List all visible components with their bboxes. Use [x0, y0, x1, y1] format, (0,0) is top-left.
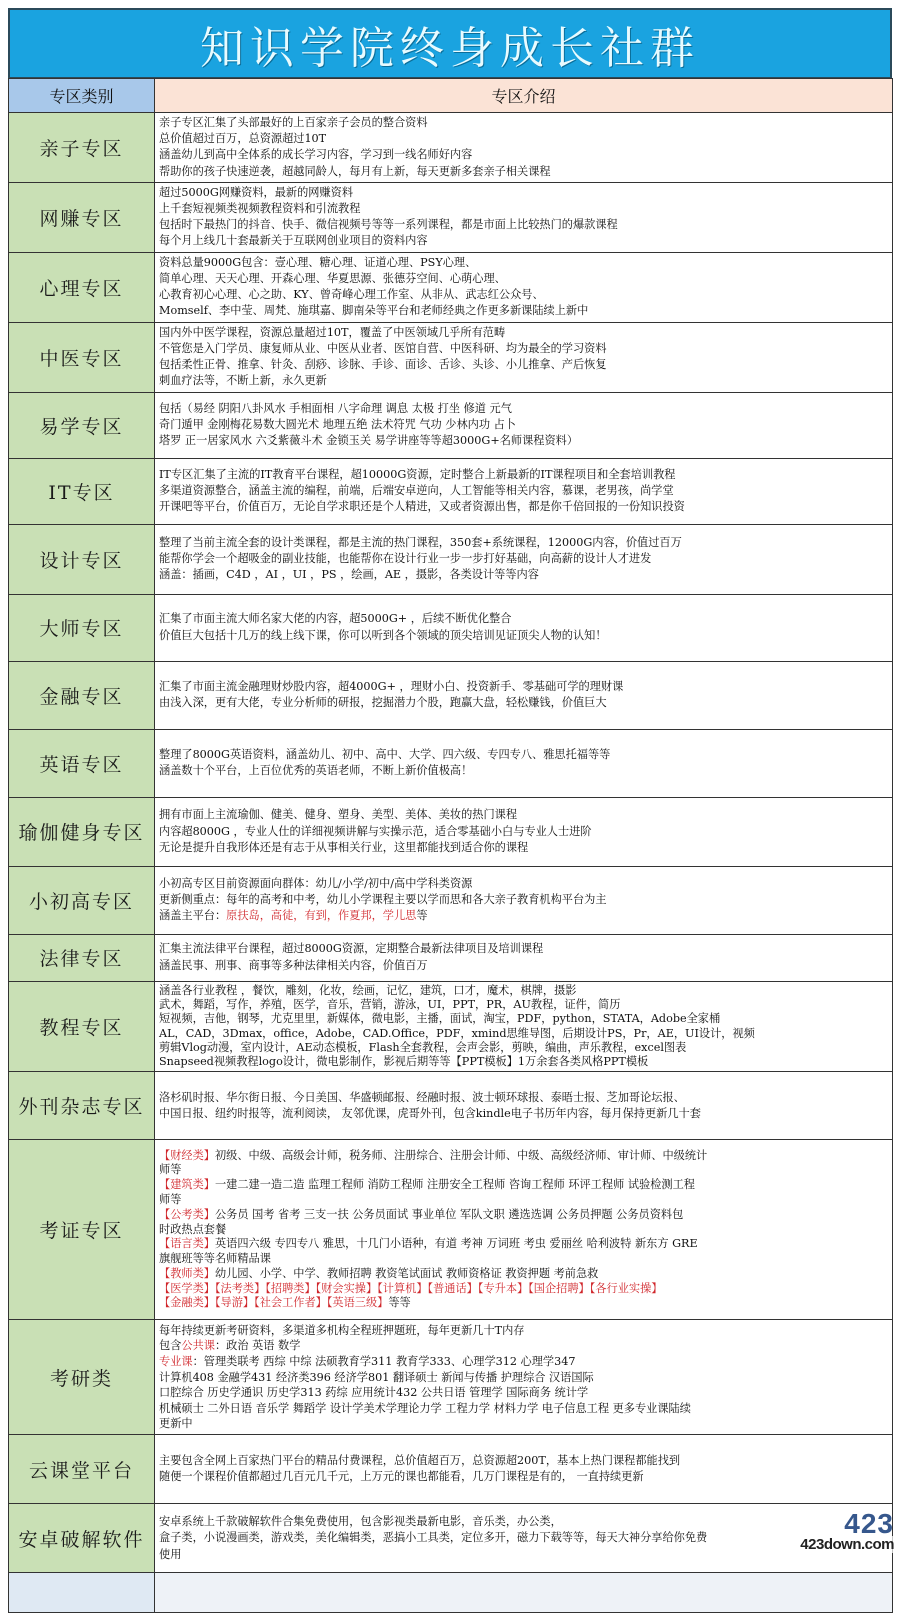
- intro-cell: 汇集主流法律平台课程，超过8000G资源，定期整合最新法律项目及培训课程 涵盖民…: [155, 934, 893, 981]
- table-header-row: 专区类别 专区介绍: [9, 79, 893, 113]
- table-row: 法律专区 汇集主流法律平台课程，超过8000G资源，定期整合最新法律项目及培训课…: [9, 934, 893, 981]
- intro-line: AL，CAD，3Dmax，office，Adobe，CAD.Office，PDF…: [159, 1027, 888, 1041]
- category-cell: 考证专区: [9, 1140, 155, 1320]
- intro-cell: 安卓系统上千款破解软件合集免费使用，包含影视类最新电影，音乐类，办公类， 盒子类…: [155, 1504, 893, 1573]
- intro-line: 上千套短视频类视频教程资料和引流教程: [159, 201, 888, 217]
- watermark-site: 423down.com: [800, 1536, 894, 1553]
- table-row: 外刊杂志专区 洛杉矶时报、华尔街日报、今日美国、华盛顿邮报、经融时报、波士顿环球…: [9, 1072, 893, 1140]
- intro-line: 能帮你学会一个超吸金的副业技能，也能帮你在设计行业一步一步打好基础，向高薪的设计…: [159, 551, 888, 567]
- cert-tag: 【医学类】: [159, 1282, 215, 1295]
- table-row: 考证专区 【财经类】初级、中级、高级会计师，税务师、注册综合、注册会计师、中级、…: [9, 1140, 893, 1320]
- intro-line: 小初高专区目前资源面向群体：幼儿/小学/初中/高中学科类资源: [159, 876, 888, 892]
- intro-line: 塔罗 正一居家风水 六爻紫薇斗术 金锁玉关 易学讲座等等超3000G+名师课程资…: [159, 433, 888, 449]
- intro-cell: 亲子专区汇集了头部最好的上百家亲子会员的整合资料 总价值超过百万，总资源超过10…: [155, 113, 893, 183]
- intro-line: 随便一个课程价值都超过几百元几千元，上万元的课也都能看，几万门课程是有的， 一直…: [159, 1469, 888, 1485]
- category-cell: 中医专区: [9, 322, 155, 392]
- table-row: 小初高专区 小初高专区目前资源面向群体：幼儿/小学/初中/高中学科类资源 更新侧…: [9, 866, 893, 934]
- site-watermark: 423 423down.com: [810, 1508, 894, 1558]
- intro-line: 包括时下最热门的抖音、快手、微信视频号等等一系列课程，都是市面上比较热门的爆款课…: [159, 217, 888, 233]
- intro-line: 汇集了市面主流金融理财炒股内容，超4000G+ ，理财小白、投资新手、零基础可学…: [159, 679, 888, 695]
- zone-table: 专区类别 专区介绍 亲子专区 亲子专区汇集了头部最好的上百家亲子会员的整合资料 …: [8, 78, 893, 1613]
- intro-line: 简单心理、天天心理、开森心理、华夏思源、张德芬空间、心萌心理、: [159, 271, 888, 287]
- table-row: 瑜伽健身专区 拥有市面上主流瑜伽、健美、健身、塑身、美型、美体、美妆的热门课程 …: [9, 797, 893, 866]
- category-cell: 网赚专区: [9, 182, 155, 252]
- table-row: 网赚专区 超过5000G网赚资料，最新的网赚资料 上千套短视频类视频教程资料和引…: [9, 182, 893, 252]
- intro-cell: 汇集了市面主流大师名家大佬的内容，超5000G+ ，后续不断优化整合 价值巨大包…: [155, 594, 893, 661]
- intro-cell: 每年持续更新考研资料，多渠道多机构全程班押题班，每年更新几十T内存 包含公共课：…: [155, 1320, 893, 1435]
- intro-line: Momself、李中莹、周梵、施琪嘉、脚南朵等平台和老师经典之作更多新课陆续上新…: [159, 303, 888, 319]
- public-course-line: 包含公共课：政治 英语 数学: [159, 1338, 888, 1354]
- table-row: 教程专区 涵盖各行业教程 ，餐饮，雕刻，化妆，绘画，记忆，建筑，口才，魔术，棋牌…: [9, 981, 893, 1072]
- table-row: 安卓破解软件 安卓系统上千款破解软件合集免费使用，包含影视类最新电影，音乐类，办…: [9, 1504, 893, 1573]
- title-banner: 知识学院终身成长社群: [8, 8, 892, 78]
- intro-line: IT专区汇集了主流的IT教育平台课程，超10000G资源，定时整合上新最新的IT…: [159, 467, 888, 483]
- cert-line: 【建筑类】一建二建一造二造 监理工程师 消防工程师 注册安全工程师 咨询工程师 …: [159, 1178, 888, 1193]
- cert-tag: 【招聘类】: [265, 1282, 315, 1295]
- page-title: 知识学院终身成长社群: [200, 12, 700, 76]
- category-cell: 心理专区: [9, 252, 155, 322]
- intro-line: 涵盖各行业教程 ，餐饮，雕刻，化妆，绘画，记忆，建筑，口才，魔术，棋牌，摄影: [159, 984, 888, 998]
- category-cell: IT专区: [9, 458, 155, 524]
- intro-line: 开课吧等平台，价值百万，无论自学求职还是个人精进，又或者资源出售，都是你千倍回报…: [159, 499, 888, 515]
- intro-cell: 超过5000G网赚资料，最新的网赚资料 上千套短视频类视频教程资料和引流教程 包…: [155, 182, 893, 252]
- intro-line: 整理了当前主流全套的设计类课程，都是主流的热门课程，350套+系统课程，1200…: [159, 535, 888, 551]
- table-row: 心理专区 资料总量9000G包含：壹心理、糖心理、证道心理、PSY心理、 简单心…: [9, 252, 893, 322]
- intro-cell: 资料总量9000G包含：壹心理、糖心理、证道心理、PSY心理、 简单心理、天天心…: [155, 252, 893, 322]
- category-cell: 金融专区: [9, 661, 155, 729]
- cert-tag: 【法考类】: [215, 1282, 265, 1295]
- intro-line: 涵盖：插画，C4D ，AI ，UI ，PS ，绘画，AE ，摄影，各类设计等等内…: [159, 567, 888, 583]
- major-course-line: 专业课：管理类联考 西综 中综 法硕教育学311 教育学333、心理学312 心…: [159, 1354, 888, 1370]
- cert-line: 【财经类】初级、中级、高级会计师，税务师、注册综合、注册会计师、中级、高级经济师…: [159, 1149, 888, 1164]
- intro-line: 无论是提升自我形体还是有志于从事相关行业，这里都能找到适合你的课程: [159, 840, 888, 856]
- cert-tag: 【普通话】: [428, 1282, 478, 1295]
- intro-cell: IT专区汇集了主流的IT教育平台课程，超10000G资源，定时整合上新最新的IT…: [155, 458, 893, 524]
- intro-line: 更新中: [159, 1416, 888, 1432]
- intro-line: 口腔综合 历史学通识 历史学313 药综 应用统计432 公共日语 管理学 国际…: [159, 1385, 888, 1401]
- cert-text: 英语四六级 专四专八 雅思，十几门小语种，有道 考神 万词班 考虫 爱丽丝 哈利…: [215, 1237, 698, 1250]
- intro-line: 刺血疗法等，不断上新，永久更新: [159, 373, 888, 389]
- intro-line: 机械硕士 二外日语 音乐学 舞蹈学 设计学美术学理论力学 工程力学 材料力学 电…: [159, 1401, 888, 1417]
- table-row: 金融专区 汇集了市面主流金融理财炒股内容，超4000G+ ，理财小白、投资新手、…: [9, 661, 893, 729]
- category-cell: 法律专区: [9, 934, 155, 981]
- resource-sheet: 知识学院终身成长社群 专区类别 专区介绍 亲子专区 亲子专区汇集了头部最好的上百…: [8, 8, 892, 1613]
- intro-line: 国内外中医学课程，资源总量超过10T，覆盖了中医领域几乎所有范畴: [159, 325, 888, 341]
- public-course-label: 公共课: [181, 1339, 215, 1352]
- platform-suffix: 等: [416, 909, 427, 922]
- table-row: 英语专区 整理了8000G英语资料，涵盖幼儿、初中、高中、大学、四六级、专四专八…: [9, 729, 893, 797]
- intro-line: 使用: [159, 1547, 888, 1563]
- cert-wrap-line: 师等: [159, 1163, 888, 1178]
- category-cell: 瑜伽健身专区: [9, 797, 155, 866]
- cert-tag: 【英语三级】: [327, 1296, 389, 1309]
- intro-cell: 汇集了市面主流金融理财炒股内容，超4000G+ ，理财小白、投资新手、零基础可学…: [155, 661, 893, 729]
- cert-tag: 【各行业实操】: [590, 1282, 663, 1295]
- intro-line: 涵盖数十个平台，上百位优秀的英语老师，不断上新价值极高！: [159, 763, 888, 779]
- intro-cell: 【财经类】初级、中级、高级会计师，税务师、注册综合、注册会计师、中级、高级经济师…: [155, 1140, 893, 1320]
- intro-line: 涵盖幼儿到高中全体系的成长学习内容，学习到一线名师好内容: [159, 147, 888, 163]
- table-row: 大师专区 汇集了市面主流大师名家大佬的内容，超5000G+ ，后续不断优化整合 …: [9, 594, 893, 661]
- cert-text: 初级、中级、高级会计师，税务师、注册综合、注册会计师、中级、高级经济师、审计师、…: [215, 1149, 707, 1162]
- cert-text: 幼儿园、小学、中学、教师招聘 教资笔试面试 教师资格证 教资押题 考前急救: [215, 1267, 598, 1280]
- category-cell: 考研类: [9, 1320, 155, 1435]
- intro-cell: 拥有市面上主流瑜伽、健美、健身、塑身、美型、美体、美妆的热门课程 内容超8000…: [155, 797, 893, 866]
- category-cell: 设计专区: [9, 524, 155, 594]
- intro-line: 盒子类，小说漫画类，游戏类，美化编辑类，恶搞小工具类，定位多开，磁力下载等等，每…: [159, 1530, 888, 1546]
- cert-tag: 【专升本】: [478, 1282, 528, 1295]
- category-cell: 外刊杂志专区: [9, 1072, 155, 1140]
- intro-cell-empty: [155, 1573, 893, 1613]
- cert-tag: 【财经类】: [159, 1149, 215, 1162]
- cert-tag: 【财会实操】: [316, 1282, 378, 1295]
- intro-cell: 整理了当前主流全套的设计类课程，都是主流的热门课程，350套+系统课程，1200…: [155, 524, 893, 594]
- intro-line: 多渠道资源整合，涵盖主流的编程，前端，后端安卓逆向，人工智能等相关内容，慕课，老…: [159, 483, 888, 499]
- intro-line: 每个月上线几十套最新关于互联网创业项目的资料内容: [159, 233, 888, 249]
- intro-line: 不管您是入门学员、康复师从业、中医从业者、医馆自营、中医科研、均为最全的学习资料: [159, 341, 888, 357]
- cert-line: 【语言类】英语四六级 专四专八 雅思，十几门小语种，有道 考神 万词班 考虫 爱…: [159, 1237, 888, 1252]
- cert-text: 一建二建一造二造 监理工程师 消防工程师 注册安全工程师 咨询工程师 环评工程师…: [215, 1178, 695, 1191]
- table-row: 考研类 每年持续更新考研资料，多渠道多机构全程班押题班，每年更新几十T内存 包含…: [9, 1320, 893, 1435]
- cert-wrap-line: 时政热点套餐: [159, 1223, 888, 1238]
- category-cell: 教程专区: [9, 981, 155, 1072]
- intro-line: 汇集了市面主流大师名家大佬的内容，超5000G+ ，后续不断优化整合: [159, 611, 888, 627]
- intro-cell: 国内外中医学课程，资源总量超过10T，覆盖了中医领域几乎所有范畴 不管您是入门学…: [155, 322, 893, 392]
- cert-suffix: 等等: [388, 1296, 410, 1309]
- intro-line: 计算机408 金融学431 经济类396 经济学801 翻译硕士 新闻与传播 护…: [159, 1370, 888, 1386]
- intro-line: 内容超8000G ，专业人仕的详细视频讲解与实操示范，适合零基础小白与专业人士进…: [159, 824, 888, 840]
- category-cell: 大师专区: [9, 594, 155, 661]
- table-row: 易学专区 包括（易经 阴阳八卦风水 手相面相 八字命理 调息 太极 打坐 修道 …: [9, 392, 893, 458]
- table-row: 设计专区 整理了当前主流全套的设计类课程，都是主流的热门课程，350套+系统课程…: [9, 524, 893, 594]
- table-row: IT专区 IT专区汇集了主流的IT教育平台课程，超10000G资源，定时整合上新…: [9, 458, 893, 524]
- cert-tag: 【计算机】: [377, 1282, 427, 1295]
- intro-line: 整理了8000G英语资料，涵盖幼儿、初中、高中、大学、四六级、专四专八、雅思托福…: [159, 747, 888, 763]
- cert-line: 【公考类】公务员 国考 省考 三支一扶 公务员面试 事业单位 军队文职 遴选选调…: [159, 1208, 888, 1223]
- intro-cell: 整理了8000G英语资料，涵盖幼儿、初中、高中、大学、四六级、专四专八、雅思托福…: [155, 729, 893, 797]
- category-cell: 安卓破解软件: [9, 1504, 155, 1573]
- intro-line: 主要包含全网上百家热门平台的精品付费课程，总价值超百万，总资源超200T，基本上…: [159, 1453, 888, 1469]
- intro-line: Snapseed视频教程logo设计，微电影制作，影视后期等等【PPT模板】1万…: [159, 1055, 888, 1069]
- intro-line: 由浅入深，更有大佬，专业分析师的研报，挖掘潜力个股，跑赢大盘，轻松赚钱，价值巨大: [159, 695, 888, 711]
- intro-line: 安卓系统上千款破解软件合集免费使用，包含影视类最新电影，音乐类，办公类，: [159, 1514, 888, 1530]
- intro-line: 资料总量9000G包含：壹心理、糖心理、证道心理、PSY心理、: [159, 255, 888, 271]
- cert-text: 公务员 国考 省考 三支一扶 公务员面试 事业单位 军队文职 遴选选调 公务员押…: [215, 1208, 683, 1221]
- cert-tag: 【金融类】: [159, 1296, 215, 1309]
- major-course-text: ：管理类联考 西综 中综 法硕教育学311 教育学333、心理学312 心理学3…: [193, 1355, 576, 1368]
- intro-line: 心教育初心心理、心之助、KY、曾奇峰心理工作室、从非从、武志红公众号、: [159, 287, 888, 303]
- column-header-intro: 专区介绍: [155, 79, 893, 113]
- cert-tag: 【社会工作者】: [254, 1296, 327, 1309]
- major-course-label: 专业课: [159, 1355, 193, 1368]
- intro-line: 帮助你的孩子快速逆袭，超越同龄人，每月有上新，每天更新多套亲子相关课程: [159, 164, 888, 180]
- intro-cell: 包括（易经 阴阳八卦风水 手相面相 八字命理 调息 太极 打坐 修道 元气 奇门…: [155, 392, 893, 458]
- intro-line: 包括（易经 阴阳八卦风水 手相面相 八字命理 调息 太极 打坐 修道 元气: [159, 401, 888, 417]
- platform-label: 涵盖主平台：: [159, 909, 226, 922]
- intro-line: 亲子专区汇集了头部最好的上百家亲子会员的整合资料: [159, 115, 888, 131]
- platform-names-highlight: 原扶岛，高徒，有到，作夏邦，学儿思: [226, 909, 416, 922]
- cert-tag: 【国企招聘】: [528, 1282, 590, 1295]
- public-prefix: 包含: [159, 1339, 181, 1352]
- cert-extra-tags: 【金融类】【导游】【社会工作者】【英语三级】等等: [159, 1296, 888, 1311]
- cert-wrap-line: 旗舰班等等名师精品课: [159, 1252, 888, 1267]
- cert-tag: 【语言类】: [159, 1237, 215, 1250]
- category-cell: 易学专区: [9, 392, 155, 458]
- intro-line: 武术，舞蹈，写作，养殖，医学，音乐，营销，游泳，UI，PPT，PR，AU教程，证…: [159, 998, 888, 1012]
- category-cell: 小初高专区: [9, 866, 155, 934]
- cert-tag: 【建筑类】: [159, 1178, 215, 1191]
- category-cell: 云课堂平台: [9, 1435, 155, 1504]
- intro-line: 剪辑Vlog动漫，室内设计，AE动态模板，Flash全套教程，会声会影，剪映，编…: [159, 1041, 888, 1055]
- category-cell-empty: [9, 1573, 155, 1613]
- cert-wrap-line: 师等: [159, 1193, 888, 1208]
- table-row-partial: [9, 1573, 893, 1613]
- intro-line: 包括柔性正骨、推拿、针灸、刮痧、诊脉、手诊、面诊、舌诊、头诊、小儿推拿、产后恢复: [159, 357, 888, 373]
- intro-line: 更新侧重点：每年的高考和中考，幼儿小学课程主要以学而思和各大亲子教育机构平台为主: [159, 892, 888, 908]
- category-cell: 英语专区: [9, 729, 155, 797]
- intro-line: 涵盖民事、刑事、商事等多种法律相关内容，价值百万: [159, 958, 888, 974]
- intro-cell: 涵盖各行业教程 ，餐饮，雕刻，化妆，绘画，记忆，建筑，口才，魔术，棋牌，摄影 武…: [155, 981, 893, 1072]
- cert-extra-tags: 【医学类】【法考类】【招聘类】【财会实操】【计算机】【普通话】【专升本】【国企招…: [159, 1282, 888, 1297]
- platform-line: 涵盖主平台：原扶岛，高徒，有到，作夏邦，学儿思等: [159, 908, 888, 924]
- intro-line: 价值巨大包括十几万的线上线下课，你可以听到各个领域的顶尖培训见证顶尖人物的认知！: [159, 628, 888, 644]
- category-cell: 亲子专区: [9, 113, 155, 183]
- table-row: 云课堂平台 主要包含全网上百家热门平台的精品付费课程，总价值超百万，总资源超20…: [9, 1435, 893, 1504]
- intro-line: 总价值超过百万，总资源超过10T: [159, 131, 888, 147]
- intro-line: 超过5000G网赚资料，最新的网赚资料: [159, 185, 888, 201]
- intro-line: 拥有市面上主流瑜伽、健美、健身、塑身、美型、美体、美妆的热门课程: [159, 807, 888, 823]
- cert-line: 【教师类】幼儿园、小学、中学、教师招聘 教资笔试面试 教师资格证 教资押题 考前…: [159, 1267, 888, 1282]
- intro-cell: 主要包含全网上百家热门平台的精品付费课程，总价值超百万，总资源超200T，基本上…: [155, 1435, 893, 1504]
- intro-line: 每年持续更新考研资料，多渠道多机构全程班押题班，每年更新几十T内存: [159, 1323, 888, 1339]
- intro-line: 汇集主流法律平台课程，超过8000G资源，定期整合最新法律项目及培训课程: [159, 941, 888, 957]
- column-header-category: 专区类别: [9, 79, 155, 113]
- intro-line: 中国日报、纽约时报等，流利阅读， 友邻优课，虎哥外刊，包含kindle电子书历年…: [159, 1106, 888, 1122]
- intro-cell: 小初高专区目前资源面向群体：幼儿/小学/初中/高中学科类资源 更新侧重点：每年的…: [155, 866, 893, 934]
- table-row: 亲子专区 亲子专区汇集了头部最好的上百家亲子会员的整合资料 总价值超过百万，总资…: [9, 113, 893, 183]
- cert-tag: 【导游】: [215, 1296, 254, 1309]
- cert-tag: 【公考类】: [159, 1208, 215, 1221]
- intro-cell: 洛杉矶时报、华尔街日报、今日美国、华盛顿邮报、经融时报、波士顿环球报、泰晤士报、…: [155, 1072, 893, 1140]
- intro-line: 洛杉矶时报、华尔街日报、今日美国、华盛顿邮报、经融时报、波士顿环球报、泰晤士报、…: [159, 1090, 888, 1106]
- intro-line: 奇门遁甲 金刚梅花易数大圆光术 地理五绝 法术符咒 气功 少林内功 占卜: [159, 417, 888, 433]
- cert-tag: 【教师类】: [159, 1267, 215, 1280]
- public-course-text: ：政治 英语 数学: [215, 1339, 300, 1352]
- intro-line: 短视频，吉他，钢琴，尤克里里，新媒体，微电影，主播，面试，淘宝，PDF，pyth…: [159, 1012, 888, 1026]
- table-row: 中医专区 国内外中医学课程，资源总量超过10T，覆盖了中医领域几乎所有范畴 不管…: [9, 322, 893, 392]
